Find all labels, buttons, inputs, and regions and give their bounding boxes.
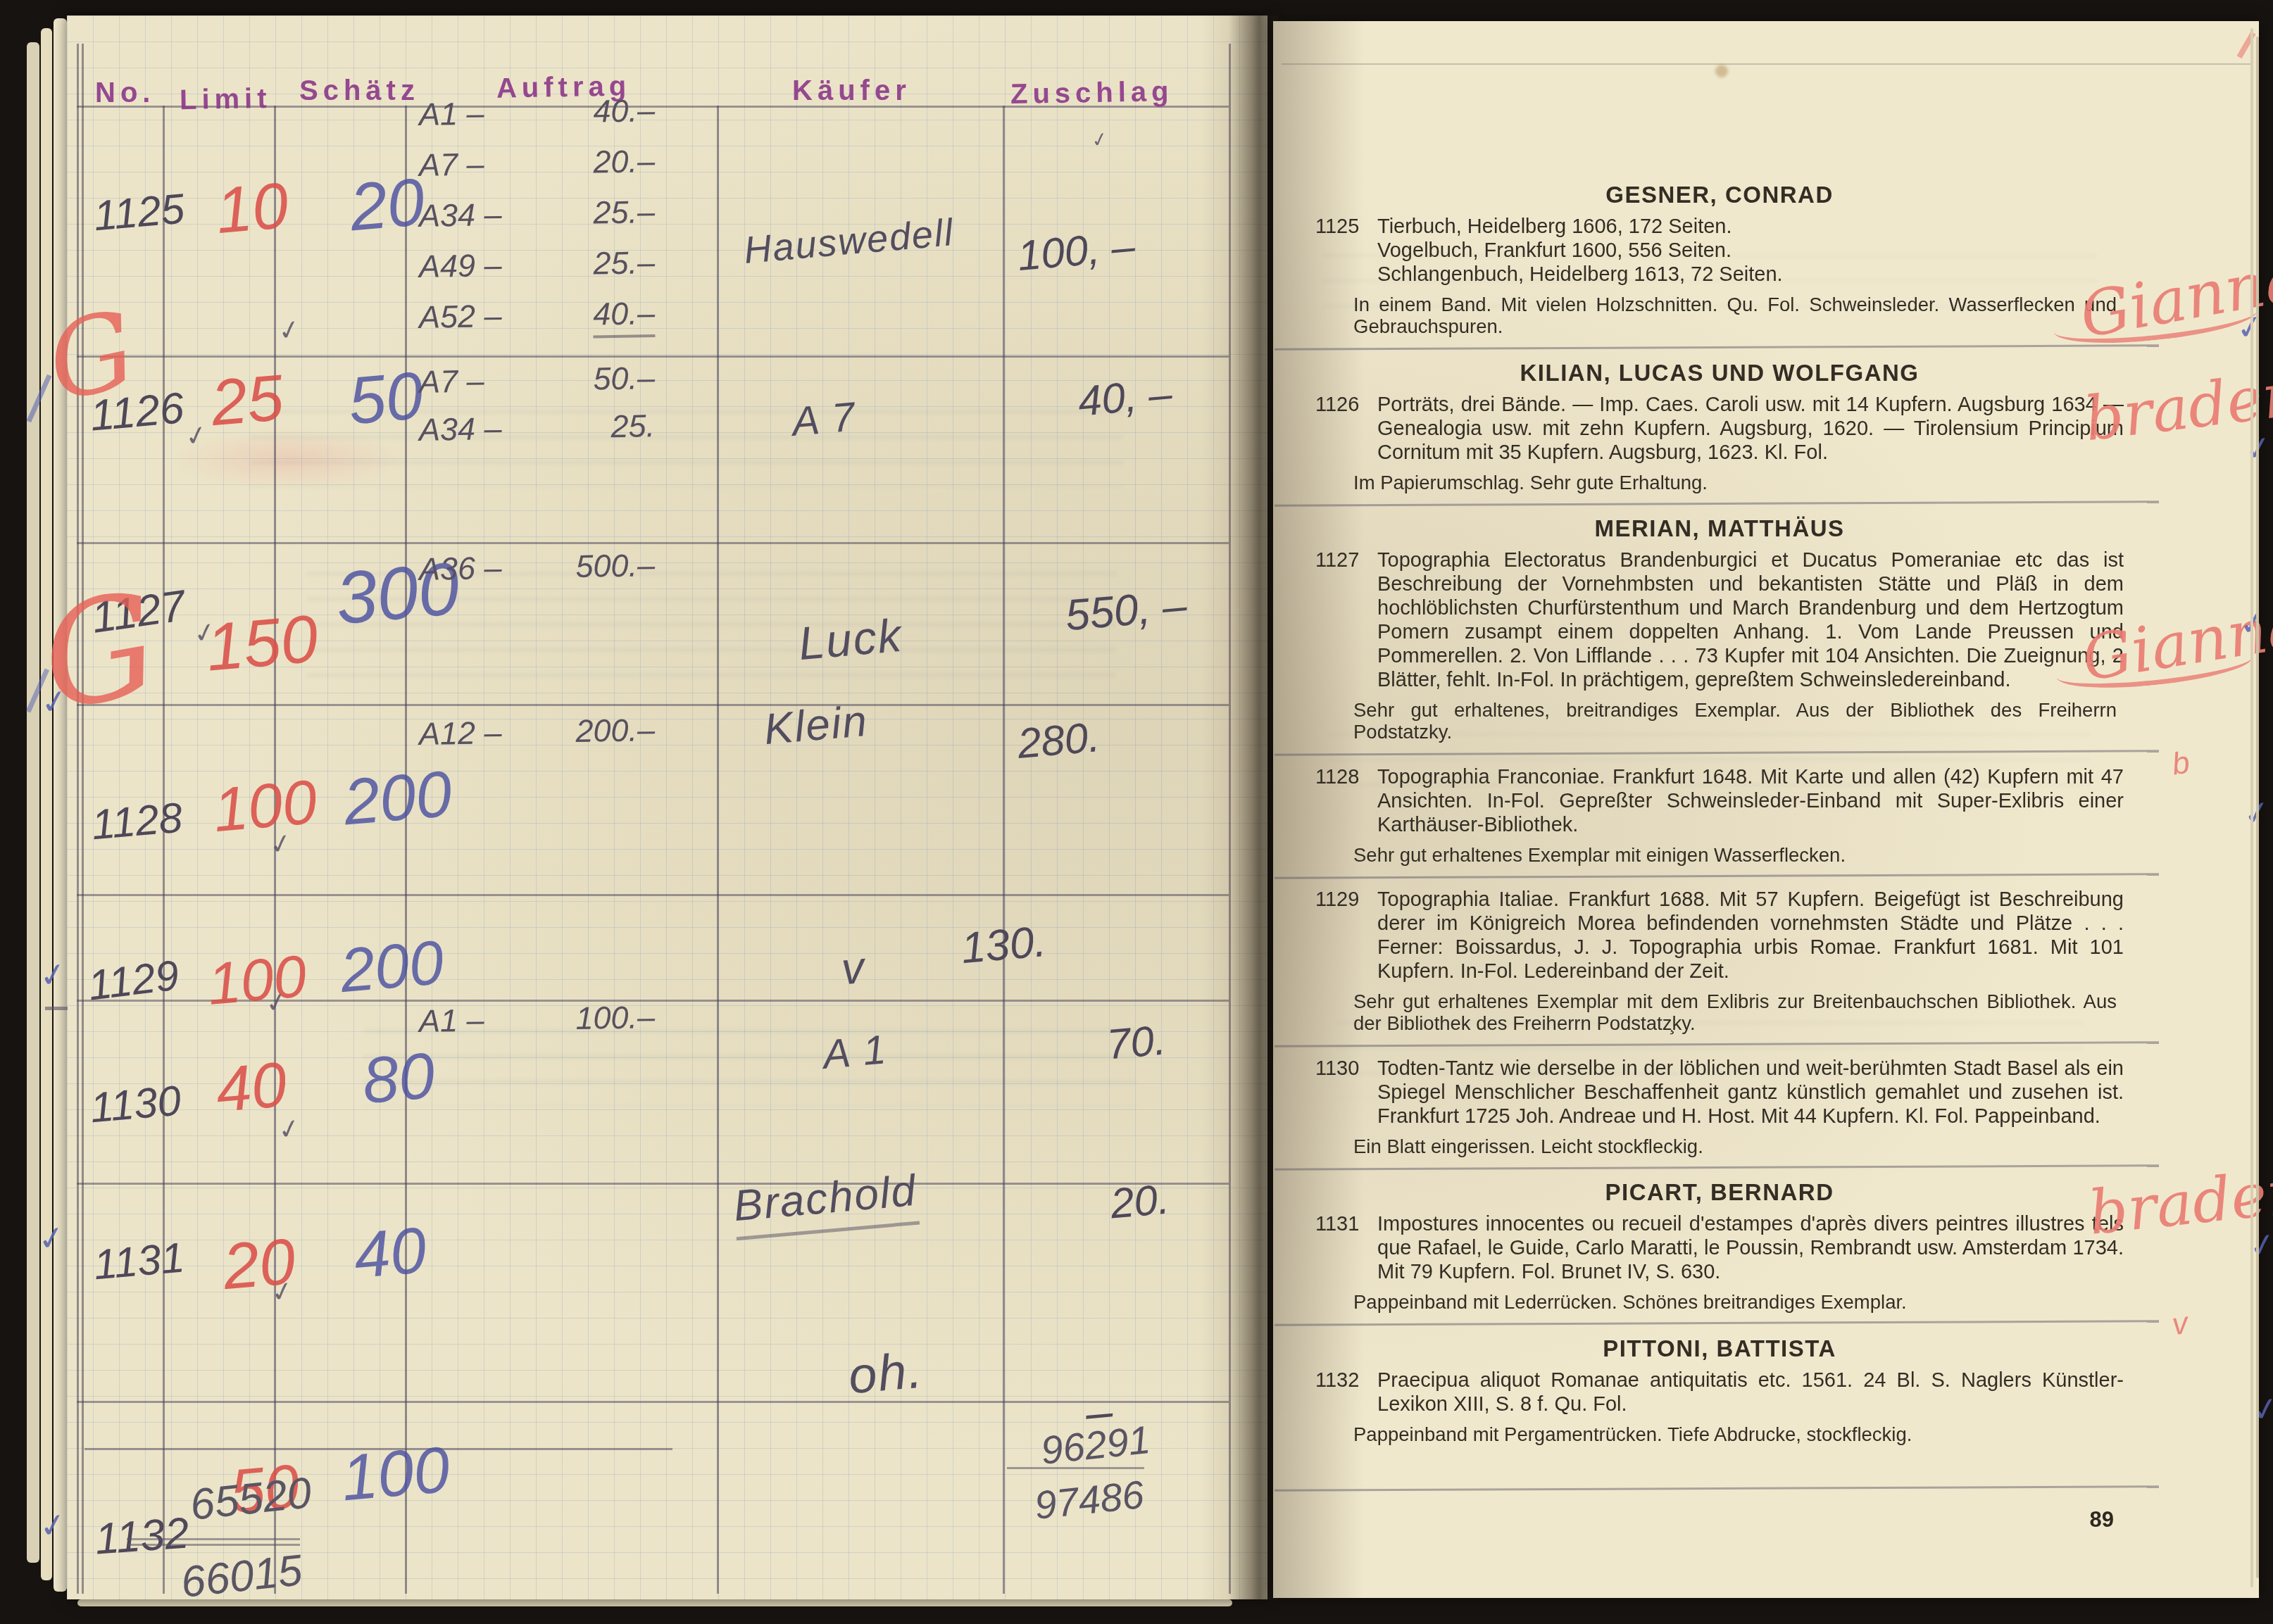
buyer-name: A 1 xyxy=(821,1026,889,1078)
lot-no: 1126 xyxy=(1315,393,1377,417)
pencil-rule xyxy=(1275,1041,2159,1047)
lot-number: 1125 xyxy=(92,184,187,241)
hammer-price: 70. xyxy=(1105,1015,1167,1069)
estimate-value: 50 xyxy=(345,358,426,441)
bid-order-line: A1 –40.– xyxy=(419,92,656,133)
book-gutter xyxy=(1229,15,1278,1599)
bid-order-line: A36 –500.– xyxy=(419,547,656,588)
lot-entry: 1128Topographia Franconiae. Frankfurt 16… xyxy=(1315,765,2124,837)
pencil-rule xyxy=(1275,501,2159,506)
lot-number: 1131 xyxy=(92,1233,187,1290)
book-scan: No. Limit Schätz Auftrag Käufer Zuschlag… xyxy=(0,0,2273,1624)
limit-value: 25 xyxy=(208,361,287,441)
limit-value: 40 xyxy=(213,1049,290,1127)
page-edge-stack xyxy=(41,28,52,1580)
pencil-dash xyxy=(45,1007,68,1010)
pencil-rule xyxy=(1275,750,2159,755)
lot-number: 1128 xyxy=(89,793,184,850)
estimate-value: 20 xyxy=(346,164,427,247)
page-edge xyxy=(2250,28,2253,1587)
lot-no: 1127 xyxy=(1315,548,1377,572)
estimate-value: 40 xyxy=(351,1214,430,1294)
author-heading: PICART, BERNARD xyxy=(1315,1179,2124,1206)
condition-note: Pappeinband mit Lederrücken. Schönes bre… xyxy=(1353,1291,2117,1313)
lot-no: 1129 xyxy=(1315,888,1377,912)
total-rule xyxy=(127,1538,300,1540)
buyer-ditto: v xyxy=(839,941,868,995)
lot-no: 1131 xyxy=(1315,1212,1377,1236)
header-no: No. xyxy=(95,77,155,109)
limit-value: 10 xyxy=(213,169,292,249)
lot-entry-line: Schlangenbuch, Heidelberg 1613, 72 Seite… xyxy=(1315,263,2124,287)
row-rule xyxy=(77,1183,1229,1185)
buyer-name: A 7 xyxy=(790,393,858,446)
condition-note: In einem Band. Mit vielen Holzschnitten.… xyxy=(1353,294,2117,337)
hammer-price: 280. xyxy=(1015,712,1101,768)
ledger-page: No. Limit Schätz Auftrag Käufer Zuschlag… xyxy=(67,15,1267,1599)
condition-note: Pappeinband mit Pergamentrücken. Tiefe A… xyxy=(1353,1423,2117,1445)
catalog-text-column: GESNER, CONRAD 1125Tierbuch, Heidelberg … xyxy=(1315,21,2124,1532)
header-limit: Limit xyxy=(180,83,272,116)
column-rule xyxy=(77,44,79,1594)
hammer-price: 550, – xyxy=(1063,581,1189,641)
bid-order-line: A52 –40.– xyxy=(419,295,656,341)
page-edge xyxy=(2256,37,2259,1578)
pencil-rule xyxy=(1275,1164,2159,1170)
lot-no: 1132 xyxy=(1315,1368,1377,1392)
lot-entry: 1130Todten-Tantz wie derselbe in der löb… xyxy=(1315,1057,2124,1128)
column-rule xyxy=(163,106,165,1594)
row-rule xyxy=(77,542,1229,544)
pencil-rule xyxy=(1275,873,2159,879)
hammer-price: 40, – xyxy=(1076,369,1174,425)
buyer-name: Hauswedell xyxy=(742,210,956,272)
bid-order-line: A34 –25. xyxy=(419,408,656,448)
condition-note: Ein Blatt eingerissen. Leicht stockfleck… xyxy=(1353,1135,2117,1157)
lot-entry: 1131Impostures innocentes ou recueil d'e… xyxy=(1315,1212,2124,1284)
condition-note: Sehr gut erhaltenes Exemplar mit dem Exl… xyxy=(1353,990,2117,1034)
buyer-name: Brachold xyxy=(732,1166,920,1240)
author-heading: KILIAN, LUCAS UND WOLFGANG xyxy=(1315,360,2124,386)
lot-entry: 1125Tierbuch, Heidelberg 1606, 172 Seite… xyxy=(1315,215,2124,239)
column-rule xyxy=(1003,106,1005,1594)
hammer-price: 20. xyxy=(1108,1174,1171,1228)
header-schatz: Schätz xyxy=(299,75,420,107)
check-mark: ✓ xyxy=(1089,127,1110,153)
catalog-page: GESNER, CONRAD 1125Tierbuch, Heidelberg … xyxy=(1273,21,2259,1598)
bid-order-line: A12 –200.– xyxy=(419,712,656,753)
lot-no: 1125 xyxy=(1315,215,1377,239)
header-kaufer: Käufer xyxy=(792,75,911,107)
row-rule xyxy=(77,355,1229,358)
hammer-total: 96291 xyxy=(1039,1416,1153,1473)
row-rule xyxy=(77,704,1229,706)
estimate-value: 200 xyxy=(341,757,455,841)
bid-order-line: A1 –100.– xyxy=(419,999,656,1040)
lot-no: 1128 xyxy=(1315,765,1377,789)
lot-entry: 1127Topographia Electoratus Brandenburgi… xyxy=(1315,548,2124,692)
limit-value: 100 xyxy=(205,942,309,1019)
hammer-price: 130. xyxy=(959,917,1048,974)
total-rule xyxy=(1007,1467,1144,1469)
page-edge-stack xyxy=(54,18,67,1592)
limit-value: 100 xyxy=(211,766,320,846)
estimate-total-corrected: 66015 xyxy=(179,1545,305,1608)
row-rule xyxy=(77,1401,1229,1403)
lot-entry: 1129Topographia Italiae. Frankfurt 1688.… xyxy=(1315,888,2124,983)
bid-order-line: A7 –20.– xyxy=(419,143,656,184)
page-edge-stack xyxy=(27,42,39,1563)
pencil-rule xyxy=(1275,344,2159,350)
check-mark: ✓ xyxy=(275,313,304,348)
pencil-rule xyxy=(1275,1320,2159,1326)
condition-note: Sehr gut erhaltenes Exemplar mit einigen… xyxy=(1353,844,2117,866)
lot-entry-line: Vogelbuch, Frankfurt 1600, 556 Seiten. xyxy=(1315,239,2124,263)
condition-note: Sehr gut erhaltenes, breitrandiges Exemp… xyxy=(1353,699,2117,743)
author-heading: MERIAN, MATTHÄUS xyxy=(1315,515,2124,542)
lot-no: 1130 xyxy=(1315,1057,1377,1081)
column-rule xyxy=(82,44,84,1594)
column-rule xyxy=(717,106,719,1594)
bleedthrough xyxy=(363,1029,1137,1107)
estimate-value: 100 xyxy=(339,1433,453,1516)
lot-entry: 1132Praecipua aliquot Romanae antiquitat… xyxy=(1315,1368,2124,1416)
estimate-value: 80 xyxy=(360,1039,438,1119)
author-heading: GESNER, CONRAD xyxy=(1315,182,2124,208)
total-rule xyxy=(127,1544,300,1546)
limit-value: 20 xyxy=(220,1225,299,1305)
column-rule xyxy=(405,106,407,1594)
limit-value: 150 xyxy=(203,600,321,686)
hammer-price: 100, – xyxy=(1015,222,1136,280)
estimate-value: 200 xyxy=(337,926,446,1007)
pencil-rule xyxy=(1275,1485,2159,1491)
buyer-name: Luck xyxy=(796,608,904,671)
lot-number: 1130 xyxy=(88,1076,183,1133)
bid-order-line: A49 –25.– xyxy=(419,244,656,285)
page-number: 89 xyxy=(1315,1507,2114,1532)
buyer-name: Klein xyxy=(762,696,870,755)
row-rule xyxy=(77,894,1229,896)
author-heading: PITTONI, BATTISTA xyxy=(1315,1335,2124,1362)
buyer-abbrev: oh. xyxy=(846,1342,926,1406)
red-small-mark: v xyxy=(2170,1306,2191,1343)
lot-entry: 1126Porträts, drei Bände. — Imp. Caes. C… xyxy=(1315,393,2124,465)
lot-number: 1132 xyxy=(94,1508,191,1564)
bid-order-line: A34 –25.– xyxy=(419,194,656,234)
hammer-total-corrected: 97486 xyxy=(1032,1471,1146,1528)
condition-note: Im Papierumschlag. Sehr gute Erhaltung. xyxy=(1353,472,2117,493)
bid-order-line: A7 –50.– xyxy=(419,360,656,401)
header-zuschlag: Zuschlag xyxy=(1010,76,1174,111)
red-small-mark: b xyxy=(2170,745,2192,783)
